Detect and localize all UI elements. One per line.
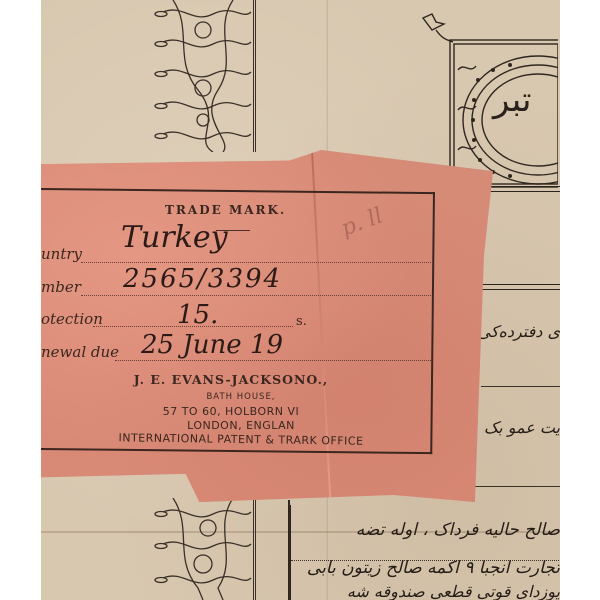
label-heading: TRADE MARK. [165,203,286,217]
company-address: 57 TO 60, HOLBORN VI [41,405,421,418]
ottoman-text-line: یت عمو بک [484,418,560,437]
field-suffix-years: s. [296,314,307,329]
company-name: J. E. EVANS-JACKSONO., [41,372,421,387]
field-value-renewal: 25 June 19 [141,330,283,360]
ruled-line [461,486,560,487]
field-value-number: 2565/3394 [123,264,282,294]
field-label-country: untry [41,245,82,263]
field-label-renewal: newal due [41,343,119,361]
ottoman-text-line: یوزدای قوتی قطعی صندوقه شه [347,582,560,600]
trade-mark-label: TRADE MARK. untry Turkey mber 2565/3394 … [41,150,493,502]
field-label-number: mber [41,278,81,296]
field-dotline [81,262,431,263]
column-rule [289,505,291,600]
ruled-line [481,284,560,290]
field-value-country: Turkey [121,220,228,255]
ornamental-border-bottom [153,498,256,600]
ornamental-cartouche: تبر [418,10,558,188]
cartouche-calligraphy: تبر [493,80,531,120]
ottoman-text-line: تجارت انجبا ۹ اکمه صالح زیتون بابی [307,558,560,578]
field-dotline [115,360,431,361]
field-value-protection: 15. [177,300,218,330]
field-dotline [81,295,431,296]
ottoman-text-line: صالح حالیه فرداک ، اوله تضه [356,520,560,540]
ruled-line [481,386,560,387]
company-building: BATH HOUSE, [51,392,431,402]
company-city: LONDON, ENGLAN [51,419,431,432]
ornamental-border-top [153,0,256,152]
